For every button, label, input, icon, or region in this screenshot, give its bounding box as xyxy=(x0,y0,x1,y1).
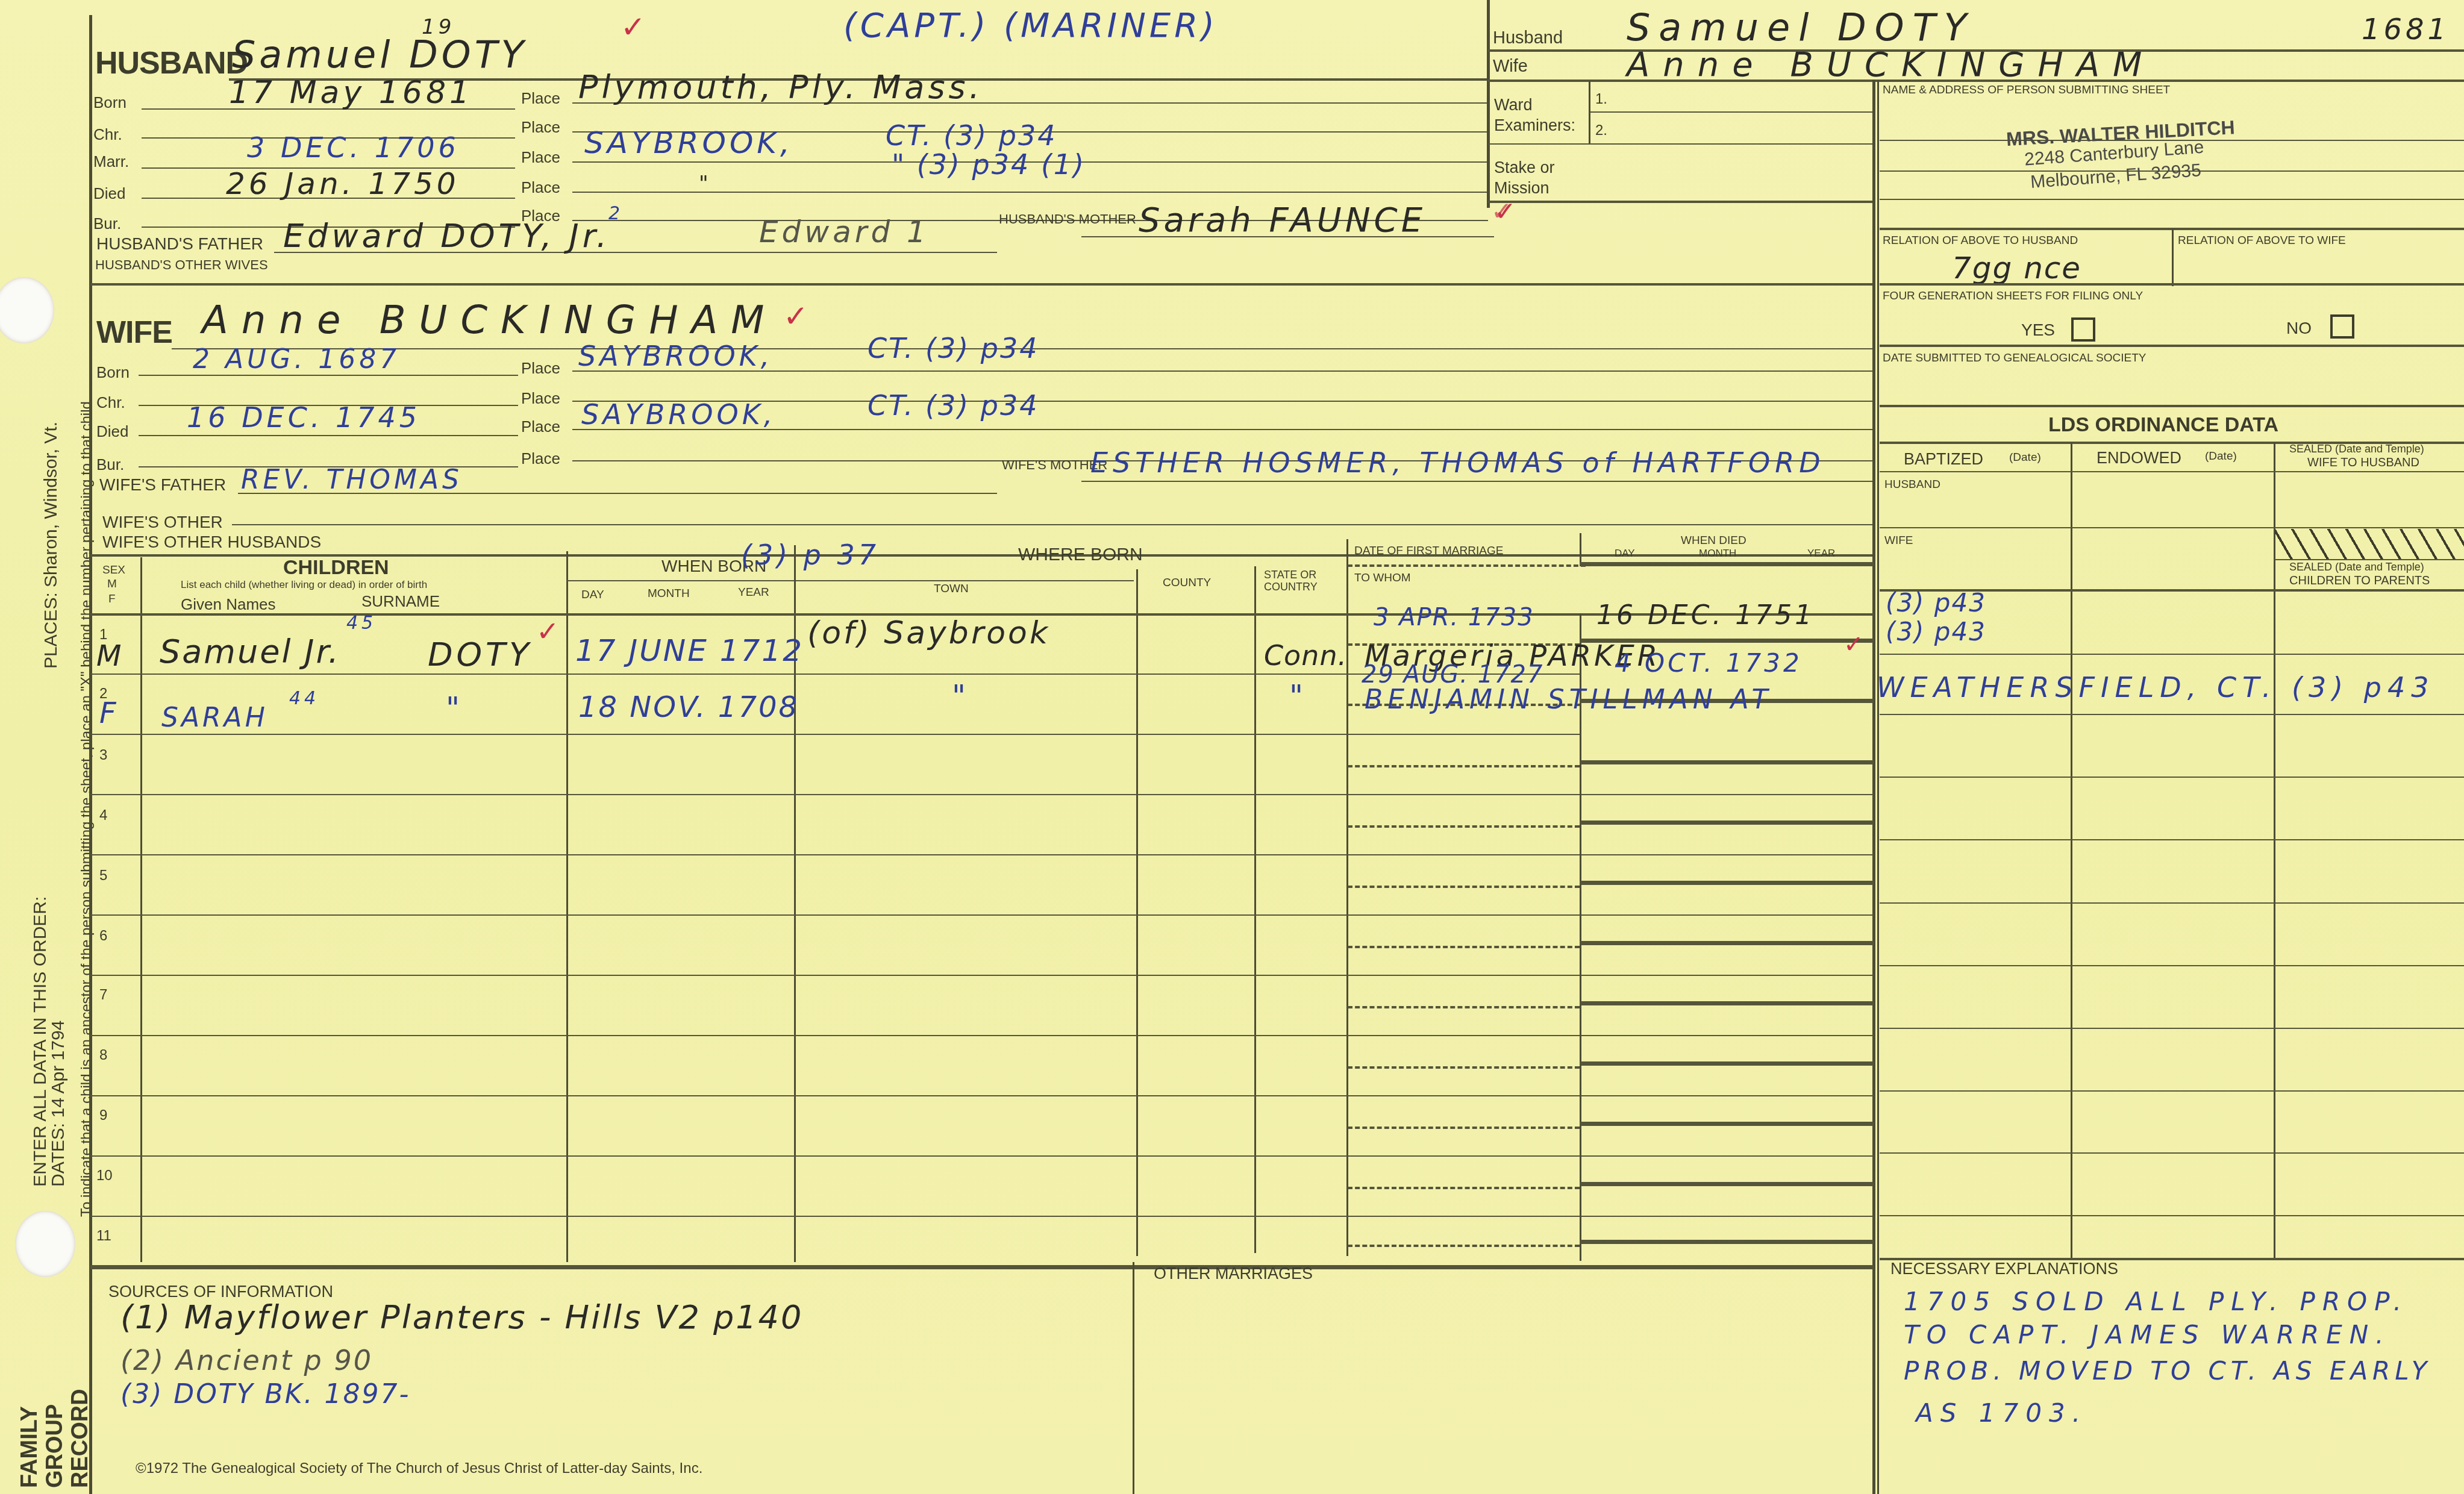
date-submitted-top-line xyxy=(1880,345,2464,347)
child-2-died[interactable]: 4 OCT. 1732 xyxy=(1615,651,1803,676)
examiner-2-line xyxy=(1488,143,1874,145)
lds-baptized-label: BAPTIZED xyxy=(1904,451,1983,467)
children-label: CHILDREN xyxy=(283,557,389,579)
child-row-line xyxy=(90,674,1580,675)
wife-bur-label: Bur. xyxy=(96,457,124,473)
husband-check-mark: ✓ xyxy=(621,12,649,42)
first-marriage-label: DATE OF FIRST MARRIAGE xyxy=(1354,545,1503,557)
child-row-line xyxy=(90,914,1874,916)
lds-row-line xyxy=(1880,902,2464,904)
marriage-dash xyxy=(1348,1006,1580,1008)
given-names-label: Given Names xyxy=(181,596,276,613)
child-row-line xyxy=(90,734,1580,735)
husband-label: HUSBAND xyxy=(95,47,248,80)
husband-died-label: Died xyxy=(93,186,125,202)
row-number: 6 xyxy=(99,928,107,945)
husband-father-superscript: 2 xyxy=(608,205,624,223)
husband-father[interactable]: Edward DOTY, Jr. xyxy=(283,220,610,252)
child-1-marriage-date[interactable]: 3 APR. 1733 xyxy=(1374,605,1534,630)
source-2[interactable]: (2) Ancient p 90 xyxy=(120,1346,373,1374)
died-row-line xyxy=(1580,1061,1874,1066)
lds-col-divider-2 xyxy=(2274,443,2275,1259)
yes-checkbox[interactable] xyxy=(2071,317,2095,342)
explanation-line-3[interactable]: PROB. MOVED TO CT. AS EARLY xyxy=(1904,1358,2431,1384)
punch-hole xyxy=(15,1211,75,1277)
lds-row-line xyxy=(1880,777,2464,778)
punch-hole xyxy=(0,277,54,343)
wife-mother[interactable]: ESTHER HOSMER, THOMAS of HARTFORD xyxy=(1090,449,1825,477)
header-wife[interactable]: Anne BUCKINGHAM xyxy=(1627,48,2155,82)
wife-check-mark: ✓ xyxy=(783,301,812,331)
ward-examiners-divider xyxy=(1589,81,1590,145)
husband-father-label: HUSBAND'S FATHER xyxy=(96,235,263,252)
lds-hatch-line xyxy=(2275,559,2464,560)
wife-born-place-note[interactable]: CT. (3) p34 xyxy=(868,334,1039,362)
header-husband-label: Husband xyxy=(1493,29,1563,47)
submitter-label: NAME & ADDRESS OF PERSON SUBMITTING SHEE… xyxy=(1883,84,2170,96)
child-2-marriage-date[interactable]: 29 AUG. 1727 xyxy=(1362,663,1543,687)
m-label: M xyxy=(107,578,117,590)
no-label: NO xyxy=(2286,319,2312,337)
explanation-line-2[interactable]: TO CAPT. JAMES WARREN. xyxy=(1904,1322,2391,1348)
husband-father-note[interactable]: Edward 1 xyxy=(759,217,930,247)
other-marriages-label: OTHER MARRIAGES xyxy=(1154,1265,1313,1282)
form-title-group: GROUP xyxy=(43,1404,66,1488)
yes-label: YES xyxy=(2021,321,2055,339)
husband-died-place-note[interactable]: " (3) p34 (1) xyxy=(892,151,1086,178)
date-submitted-label: DATE SUBMITTED TO GENEALOGICAL SOCIETY xyxy=(1883,352,2146,364)
husband-chr-label: Chr. xyxy=(93,127,122,143)
child-row-line xyxy=(90,854,1874,855)
wife-born-place-label: Place xyxy=(521,360,560,377)
husband-died-place[interactable]: " xyxy=(699,173,712,194)
wife-died-place-note[interactable]: CT. (3) p34 xyxy=(868,392,1039,419)
wife-born-date[interactable]: 2 AUG. 1687 xyxy=(193,346,400,373)
first-marriage-dash xyxy=(1348,564,1586,567)
lds-subheader-line xyxy=(1880,471,2464,472)
marriage-dash xyxy=(1348,765,1580,767)
stake-line xyxy=(1488,201,1874,203)
husband-marr-place-label: Place xyxy=(521,149,560,166)
child-1-check-mark: ✓ xyxy=(536,617,563,645)
county-col-divider xyxy=(1254,566,1256,1253)
child-1-spouse-check-mark: ✓ xyxy=(1843,633,1868,657)
submitter-line-3 xyxy=(1880,199,2464,200)
wife-other-husbands-line xyxy=(232,524,1874,525)
wife-born-label: Born xyxy=(96,364,130,381)
row-number: 3 xyxy=(99,747,107,764)
lds-sealed-children-label-2: CHILDREN TO PARENTS xyxy=(2289,575,2430,587)
explanation-line-1[interactable]: 1705 SOLD ALL PLY. PROP. xyxy=(1904,1289,2409,1314)
wife-died-date[interactable]: 16 DEC. 1745 xyxy=(187,404,421,431)
child-row-line xyxy=(90,975,1874,976)
when-died-left xyxy=(1580,533,1581,566)
town-label: TOWN xyxy=(934,583,969,595)
lds-row-line xyxy=(1880,714,2464,715)
form-title-family: FAMILY xyxy=(18,1406,41,1488)
marriage-dash xyxy=(1348,1066,1580,1069)
wife-died-line xyxy=(139,435,518,436)
husband-born-place[interactable]: Plymouth, Ply. Mass. xyxy=(578,71,983,104)
marriage-dash xyxy=(1348,1127,1580,1129)
lds-row-line xyxy=(1880,1215,2464,1216)
header-wife-line xyxy=(1488,80,2464,82)
when-died-underline xyxy=(1580,562,1874,566)
four-gen-label: FOUR GENERATION SHEETS FOR FILING ONLY xyxy=(1883,290,2143,302)
copyright: ©1972 The Genealogical Society of The Ch… xyxy=(136,1461,702,1476)
marriage-dash xyxy=(1348,825,1580,828)
wife-born-line xyxy=(139,375,518,376)
lds-baptized-date-label: (Date) xyxy=(2009,452,2041,464)
children-table-bottom xyxy=(90,1265,1874,1269)
husband-marr-label: Marr. xyxy=(93,154,129,170)
stake-mission-label: Stake orMission xyxy=(1494,158,1555,199)
died-row-line xyxy=(1580,1001,1874,1005)
row-number: 4 xyxy=(99,807,107,824)
lds-row-line xyxy=(1880,654,2464,655)
header-right-left-border xyxy=(1487,0,1490,208)
child-2-given-sup: 44 xyxy=(289,690,319,708)
husband-occupation[interactable]: (CAPT.) (MARINER) xyxy=(843,9,1218,43)
right-column-border-inner xyxy=(1877,80,1879,1494)
husband-marr-place[interactable]: SAYBROOK, xyxy=(584,128,793,158)
family-group-record-sheet: ENTER ALL DATA IN THIS ORDER: DATES: 14 … xyxy=(0,0,2464,1494)
child-1-given-sup: 45 xyxy=(346,614,377,633)
husband-marr-date[interactable]: 3 DEC. 1706 xyxy=(247,134,460,161)
lds-title: LDS ORDINANCE DATA xyxy=(2048,414,2278,436)
surname-label: SURNAME xyxy=(361,593,440,610)
wife-father-label: WIFE'S FATHER xyxy=(99,476,226,493)
wife-chr-label: Chr. xyxy=(96,395,125,411)
when-born-subline xyxy=(566,580,1134,581)
husband-born-date[interactable]: 17 May 1681 xyxy=(229,77,473,108)
marriage-dash xyxy=(1348,1245,1580,1247)
lds-row-line xyxy=(1880,839,2464,840)
source-3[interactable]: (3) DOTY BK. 1897- xyxy=(120,1381,410,1408)
no-checkbox[interactable] xyxy=(2330,314,2354,339)
lds-sealed-wife-label-2: WIFE TO HUSBAND xyxy=(2307,457,2419,469)
child-1-state[interactable]: Conn. xyxy=(1264,642,1347,669)
wife-mother-line xyxy=(1081,481,1874,482)
row-number: 8 xyxy=(99,1047,107,1064)
husband-marr-place-note[interactable]: CT. (3) p34 xyxy=(886,122,1057,149)
explanation-line-4[interactable]: AS 1703. xyxy=(1916,1401,2087,1426)
husband-other-wives-label: HUSBAND'S OTHER WIVES xyxy=(95,258,268,272)
child-1-ordinance[interactable]: (3) p43 xyxy=(1886,590,1986,616)
marriage-dash xyxy=(1348,946,1580,948)
row-number: 11 xyxy=(96,1228,111,1245)
wife-label: WIFE xyxy=(96,316,172,349)
town-col-divider xyxy=(1136,569,1138,1256)
f-label: F xyxy=(108,593,116,605)
child-1-town[interactable]: (of) Saybrook xyxy=(807,617,1050,649)
wife-died-place[interactable]: SAYBROOK, xyxy=(581,401,777,428)
child-2-state[interactable]: " xyxy=(1289,681,1307,711)
when-born-note[interactable]: (3) p 37 xyxy=(741,541,880,569)
row-number: 5 xyxy=(99,867,107,884)
form-title-record: RECORD xyxy=(69,1389,92,1488)
died-row-line xyxy=(1580,941,1874,945)
husband-name-superscript: 19 xyxy=(422,17,455,37)
row-number: 7 xyxy=(99,987,107,1004)
lds-endowed-label: ENDOWED xyxy=(2097,449,2181,466)
lds-husband-label: HUSBAND xyxy=(1884,479,1940,491)
husband-born-label: Born xyxy=(93,95,127,111)
child-2-surname[interactable]: " xyxy=(446,693,463,723)
lds-col-divider-1 xyxy=(2071,443,2072,1259)
explanations-label: NECESSARY EXPLANATIONS xyxy=(1890,1260,2118,1277)
died-month-label: MONTH xyxy=(1699,548,1736,559)
child-2-town[interactable]: " xyxy=(952,681,969,711)
examiner-2: 2. xyxy=(1595,123,1607,138)
child-1-born[interactable]: 17 JUNE 1712 xyxy=(575,636,804,666)
died-year-label: YEAR xyxy=(1807,548,1835,559)
sex-label: SEX xyxy=(102,564,125,577)
child-row-line xyxy=(90,1155,1874,1157)
husband-section-divider xyxy=(90,283,1874,286)
instructions-places: PLACES: Sharon, Windsor, Vt. xyxy=(41,422,61,669)
child-2-sex[interactable]: F xyxy=(99,699,120,728)
wife-died-place-label: Place xyxy=(521,419,560,435)
relation-wife-label: RELATION OF ABOVE TO WIFE xyxy=(2178,235,2346,247)
child-row-line xyxy=(90,1216,1874,1217)
husband-chr-place-label: Place xyxy=(521,119,560,136)
died-day-label: DAY xyxy=(1615,548,1635,559)
husband-died-place-label: Place xyxy=(521,180,560,196)
lds-row-line xyxy=(1880,1028,2464,1029)
relation-husband-label: RELATION OF ABOVE TO HUSBAND xyxy=(1883,235,2078,247)
right-column-border xyxy=(1872,80,1875,1494)
died-row-line xyxy=(1580,1240,1874,1244)
lds-sealed-wife-label-1: SEALED (Date and Temple) xyxy=(2289,443,2424,455)
child-2-born[interactable]: 18 NOV. 1708 xyxy=(578,693,799,722)
child-2-spouse[interactable]: BENJAMIN STILLMAN AT xyxy=(1365,687,1772,713)
marriage-dash xyxy=(1348,1187,1580,1189)
wife-father[interactable]: REV. THOMAS xyxy=(241,467,463,493)
row-number: 9 xyxy=(99,1107,107,1124)
husband-mother-label: HUSBAND'S MOTHER xyxy=(999,212,1136,226)
relation-divider xyxy=(2172,229,2174,286)
born-day-label: DAY xyxy=(581,589,604,601)
child-row-line xyxy=(90,1035,1874,1036)
frame-left-border xyxy=(89,15,92,1494)
wife-born-place[interactable]: SAYBROOK, xyxy=(578,342,774,370)
wife-other-husbands-label: WIFE'S OTHER HUSBANDS xyxy=(102,533,321,551)
examiner-1-line xyxy=(1590,111,1874,113)
child-row-line xyxy=(90,1095,1874,1096)
state-label: STATE ORCOUNTRY xyxy=(1264,569,1318,593)
ancestor-note: To indicate that a child is an ancestor … xyxy=(78,397,95,1217)
lds-top-line xyxy=(1880,405,2464,407)
husband-born-place-label: Place xyxy=(521,90,560,107)
died-row-line xyxy=(1580,760,1874,764)
born-month-label: MONTH xyxy=(648,588,690,600)
where-born-label: WHERE BORN xyxy=(1018,545,1143,564)
died-row-line xyxy=(1580,820,1874,825)
lds-row-line xyxy=(1880,1090,2464,1092)
instructions-order: ENTER ALL DATA IN THIS ORDER: xyxy=(30,896,51,1187)
ward-examiners-label: WardExaminers: xyxy=(1494,95,1575,136)
when-died-label: WHEN DIED xyxy=(1681,535,1746,547)
wife-name[interactable]: Anne BUCKINGHAM xyxy=(202,301,778,340)
marriage-dash xyxy=(1348,886,1580,888)
born-year-label: YEAR xyxy=(738,587,769,599)
header-wife-label: Wife xyxy=(1493,57,1528,75)
lds-husband-line xyxy=(1880,527,2464,528)
header-husband[interactable]: Samuel DOTY xyxy=(1627,9,1975,46)
husband-mother[interactable]: Sarah FAUNCE xyxy=(1139,204,1426,237)
examiner-1: 1. xyxy=(1595,92,1607,107)
husband-bur-label: Bur. xyxy=(93,216,121,232)
relation-husband[interactable]: 7gg nce xyxy=(1952,253,2081,283)
stake-check-mark: ✓ xyxy=(1491,199,1516,224)
county-label: COUNTY xyxy=(1163,577,1211,589)
row-number: 10 xyxy=(96,1167,113,1184)
wife-died-label: Died xyxy=(96,424,128,440)
died-row-line xyxy=(1580,1122,1874,1126)
child-2-ordinance[interactable]: (3) p43 xyxy=(1886,619,1986,645)
child-1-surname[interactable]: DOTY xyxy=(428,639,533,671)
to-whom-label: TO WHOM xyxy=(1354,572,1411,584)
wife-other-husbands-label-1: WIFE'S OTHER xyxy=(102,513,223,531)
lds-row-line xyxy=(1880,1152,2464,1154)
lds-row-line xyxy=(1880,965,2464,966)
husband-name[interactable]: Samuel DOTY xyxy=(232,36,527,73)
source-1[interactable]: (1) Mayflower Planters - Hills V2 p140 xyxy=(120,1301,803,1334)
header-year[interactable]: 1681 xyxy=(2362,15,2450,44)
wife-chr-place-label: Place xyxy=(521,390,560,407)
children-sub-label: List each child (whether living or dead)… xyxy=(181,580,427,590)
lds-sealed-children-label-1: SEALED (Date and Temple) xyxy=(2289,561,2424,573)
wife-bur-place-label: Place xyxy=(521,451,560,467)
instructions-dates: DATES: 14 Apr 1794 xyxy=(48,1020,69,1187)
lds-wife-label: WIFE xyxy=(1884,535,1913,547)
died-row-line xyxy=(1580,881,1874,885)
husband-died-date[interactable]: 26 Jan. 1750 xyxy=(226,169,460,199)
child-2-spouse-continued[interactable]: WEATHERSFIELD, CT. (3) p43 xyxy=(1877,674,2434,701)
died-row-line xyxy=(1580,1182,1874,1186)
child-2-given[interactable]: SARAH xyxy=(161,705,268,731)
child-1-died[interactable]: 16 DEC. 1751 xyxy=(1596,602,1815,629)
lds-hatched-area xyxy=(2275,529,2464,559)
lds-endowed-date-label: (Date) xyxy=(2205,451,2237,463)
other-marriages-left-border xyxy=(1133,1262,1134,1494)
child-row-line xyxy=(90,794,1874,795)
child-1-given[interactable]: Samuel Jr. xyxy=(160,636,340,668)
child-1-sex[interactable]: M xyxy=(96,642,125,670)
four-gen-top-line xyxy=(1880,283,2464,286)
